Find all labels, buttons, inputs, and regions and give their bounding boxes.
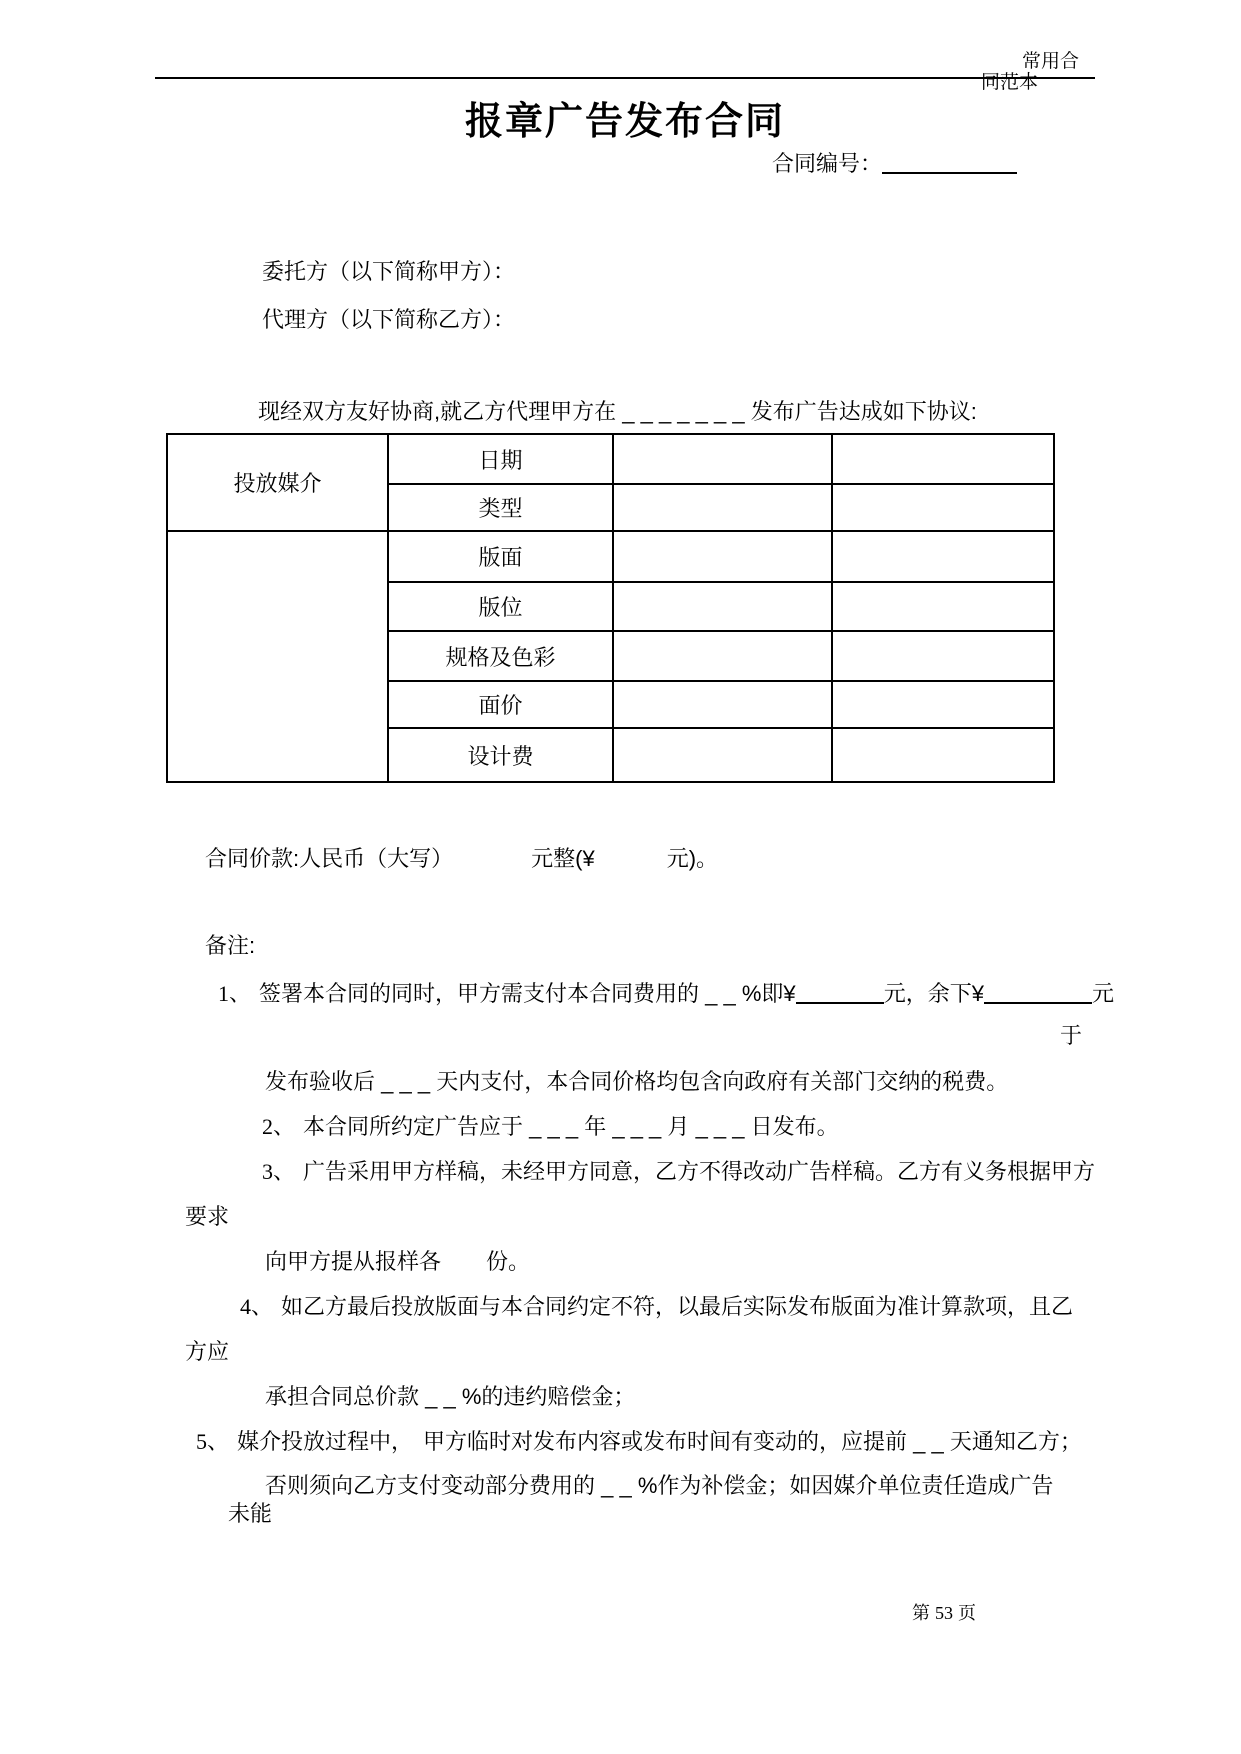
empty-cell	[832, 631, 1054, 681]
empty-cell	[832, 434, 1054, 484]
item-text: 向甲方提从报样各	[265, 1249, 441, 1274]
note-item-5: 5、媒介投放过程中，甲方临时对发布内容或发布时间有变动的，应提前 _ _ 天通知…	[196, 1428, 1082, 1456]
item-text: 承担合同总价款	[265, 1384, 419, 1409]
row-label-date: 日期	[388, 434, 613, 484]
contract-page: 常用合 同范本 报章广告发布合同 合同编号： 委托方（以下简称甲方）： 代理方（…	[0, 0, 1241, 1754]
row-label-position: 版位	[388, 582, 613, 631]
intro-blank: _ _ _ _ _ _ _	[622, 399, 744, 424]
item-blank: _ _ _	[529, 1114, 578, 1139]
price-part2: 元整(¥	[531, 846, 595, 871]
row-label-type: 类型	[388, 484, 613, 531]
media-table: 投放媒介 日期 类型 版面 版位 规格及色彩 面价	[166, 433, 1055, 783]
item-text: 发布验收后	[265, 1069, 375, 1094]
intro-line: 现经双方友好协商,就乙方代理甲方在 _ _ _ _ _ _ _ 发布广告达成如下…	[258, 398, 977, 426]
table-row: 投放媒介 日期	[167, 434, 1054, 484]
header-rule	[155, 77, 1095, 79]
footer-text: 第	[912, 1603, 930, 1623]
note-item-1-hang: 于	[1060, 1022, 1082, 1050]
item-number: 2、	[262, 1114, 295, 1139]
item-text: 年	[584, 1114, 606, 1139]
price-part1: 合同价款:人民币（大写）	[205, 846, 453, 871]
item-number: 1、	[218, 981, 251, 1006]
merged-empty-cell	[167, 531, 388, 782]
item-blank: _ _ _	[612, 1114, 661, 1139]
item-text: 如乙方最后投放版面与本合同约定不符，以最后实际发布版面为准计算款项，且乙	[281, 1294, 1073, 1319]
empty-cell	[613, 728, 832, 782]
empty-cell	[832, 681, 1054, 728]
item-text: 本合同所约定广告应于	[303, 1114, 523, 1139]
note-item-1-cont: 发布验收后 _ _ _ 天内支付，本合同价格均包含向政府有关部门交纳的税费。	[265, 1068, 1008, 1096]
item-blank: _ _	[913, 1429, 944, 1454]
contract-no-blank-line	[882, 170, 1017, 174]
item-number: 4、	[240, 1294, 273, 1319]
note-item-1: 1、签署本合同的同时，甲方需支付本合同费用的 _ _ %即¥元，余下¥元	[218, 980, 1114, 1008]
empty-cell	[613, 434, 832, 484]
empty-cell	[613, 681, 832, 728]
empty-cell	[832, 484, 1054, 531]
item-text: 月	[667, 1114, 689, 1139]
item-number: 3、	[262, 1159, 295, 1184]
note-item-4: 4、如乙方最后投放版面与本合同约定不符，以最后实际发布版面为准计算款项，且乙	[240, 1293, 1073, 1321]
footer-text: 页	[958, 1603, 976, 1623]
item-text: %即¥	[742, 981, 796, 1006]
blank-line	[796, 1000, 884, 1004]
row-label-design-fee: 设计费	[388, 728, 613, 782]
media-merged-label-cell: 投放媒介	[167, 434, 388, 531]
item-blank: _ _	[705, 981, 736, 1006]
item-text: 否则须向乙方支付变动部分费用的	[265, 1473, 595, 1498]
note-item-3-cont: 向甲方提从报样各份。	[265, 1248, 530, 1276]
empty-cell	[832, 531, 1054, 582]
intro-pre: 现经双方友好协商,就乙方代理甲方在	[258, 399, 616, 424]
row-label-list-price: 面价	[388, 681, 613, 728]
item-text: 广告采用甲方样稿，未经甲方同意，乙方不得改动广告样稿。乙方有义务根据甲方	[303, 1159, 1095, 1184]
item-text: 元，余下¥	[884, 981, 984, 1006]
item-text: 日发布。	[751, 1114, 839, 1139]
notes-label: 备注:	[205, 932, 255, 960]
item-number: 5、	[196, 1429, 229, 1454]
note-item-3: 3、广告采用甲方样稿，未经甲方同意，乙方不得改动广告样稿。乙方有义务根据甲方	[262, 1158, 1095, 1186]
table-row: 版面	[167, 531, 1054, 582]
item-blank: _ _	[425, 1384, 456, 1409]
page-title: 报章广告发布合同	[155, 90, 1095, 145]
note-item-2: 2、本合同所约定广告应于 _ _ _ 年 _ _ _ 月 _ _ _ 日发布。	[262, 1113, 839, 1141]
item-text: %的违约赔偿金；	[462, 1384, 636, 1409]
empty-cell	[832, 728, 1054, 782]
party-b-line: 代理方（以下简称乙方）：	[262, 306, 515, 334]
footer-page-number: 53	[935, 1603, 953, 1623]
empty-cell	[613, 631, 832, 681]
item-text: 天通知乙方；	[950, 1429, 1082, 1454]
note-item-4-hang: 方应	[185, 1338, 229, 1366]
item-blank: _ _ _	[381, 1069, 430, 1094]
empty-cell	[613, 582, 832, 631]
contract-no-line: 合同编号：	[772, 150, 1017, 178]
item-text: 份。	[486, 1249, 530, 1274]
item-blank: _ _	[601, 1473, 632, 1498]
price-line: 合同价款:人民币（大写）元整(¥元)。	[205, 845, 718, 873]
item-text: 签署本合同的同时，甲方需支付本合同费用的	[259, 981, 699, 1006]
page-footer: 第 53 页	[912, 1602, 976, 1625]
note-item-5-hang: 未能	[228, 1500, 272, 1528]
party-a-line: 委托方（以下简称甲方）：	[262, 258, 515, 286]
note-item-4-cont: 承担合同总价款 _ _ %的违约赔偿金；	[265, 1383, 635, 1411]
price-part3: 元)。	[667, 846, 718, 871]
empty-cell	[613, 531, 832, 582]
note-item-5-cont: 否则须向乙方支付变动部分费用的 _ _ %作为补偿金；如因媒介单位责任造成广告	[265, 1472, 1053, 1500]
item-text: 媒介投放过程中，	[237, 1429, 413, 1454]
item-text: 元	[1092, 981, 1114, 1006]
contract-no-label: 合同编号：	[772, 151, 882, 176]
item-text: %作为补偿金；如因媒介单位责任造成广告	[638, 1473, 1054, 1498]
blank-line	[984, 1000, 1092, 1004]
item-text: 甲方临时对发布内容或发布时间有变动的，应提前	[423, 1429, 907, 1454]
empty-cell	[613, 484, 832, 531]
item-text: 天内支付，本合同价格均包含向政府有关部门交纳的税费。	[436, 1069, 1008, 1094]
intro-post: 发布广告达成如下协议:	[751, 399, 977, 424]
row-label-page: 版面	[388, 531, 613, 582]
note-item-3-hang: 要求	[185, 1203, 229, 1231]
item-blank: _ _ _	[696, 1114, 745, 1139]
empty-cell	[832, 582, 1054, 631]
row-label-spec-color: 规格及色彩	[388, 631, 613, 681]
